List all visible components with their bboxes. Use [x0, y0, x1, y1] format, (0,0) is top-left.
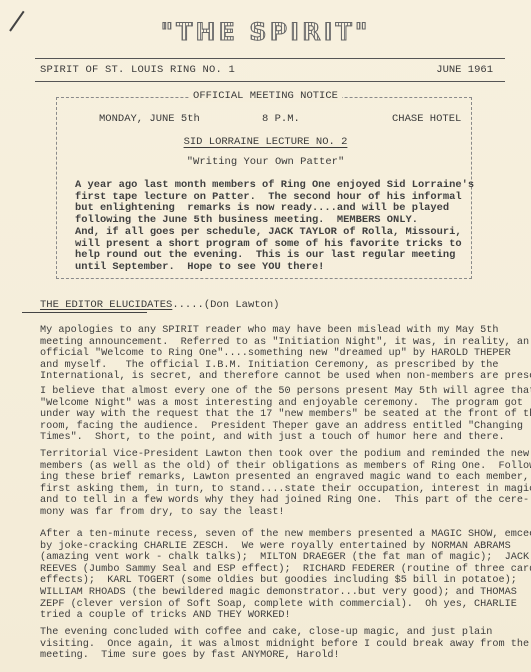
lecture-title: SID LORRAINE LECTURE NO. 2 [0, 136, 531, 148]
notice-title: OFFICIAL MEETING NOTICE [0, 90, 531, 102]
editorial-paragraph: After a ten-minute recess, seven of the … [40, 529, 520, 622]
newsletter-page: "THE SPIRIT" SPIRIT OF ST. LOUIS RING NO… [0, 0, 531, 672]
editorial-heading-byline: .....(Don Lawton) [172, 299, 279, 311]
issue-date: JUNE 1961 [436, 64, 493, 76]
notice-paragraph: And, if all goes per schedule, JACK TAYL… [75, 227, 475, 273]
header-rule-bottom [35, 81, 505, 82]
lecture-title-text: SID LORRAINE LECTURE NO. 2 [184, 136, 348, 148]
meeting-day: MONDAY, JUNE 5th [99, 113, 200, 125]
editorial-paragraph: The evening concluded with coffee and ca… [40, 627, 520, 662]
editorial-paragraph: Territorial Vice-President Lawton then t… [40, 449, 520, 519]
editorial-heading: THE EDITOR ELUCIDATES.....(Don Lawton) [40, 299, 279, 311]
masthead: "THE SPIRIT" [0, 18, 531, 46]
lecture-subtitle: "Writing Your Own Patter" [0, 156, 531, 168]
organization-name: SPIRIT OF ST. LOUIS RING NO. 1 [40, 64, 235, 76]
editorial-heading-title: THE EDITOR ELUCIDATES [40, 299, 172, 311]
header-rule-top [35, 58, 505, 59]
section-rule [22, 312, 147, 313]
editorial-paragraph: My apologies to any SPIRIT reader who ma… [40, 325, 520, 383]
meeting-time: 8 P.M. [262, 113, 300, 125]
masthead-title: "THE SPIRIT" [161, 18, 371, 46]
editorial-paragraph: I believe that almost every one of the 5… [40, 386, 520, 444]
notice-title-text: OFFICIAL MEETING NOTICE [189, 90, 342, 102]
notice-paragraph: A year ago last month members of Ring On… [75, 180, 475, 226]
meeting-place: CHASE HOTEL [392, 113, 461, 125]
